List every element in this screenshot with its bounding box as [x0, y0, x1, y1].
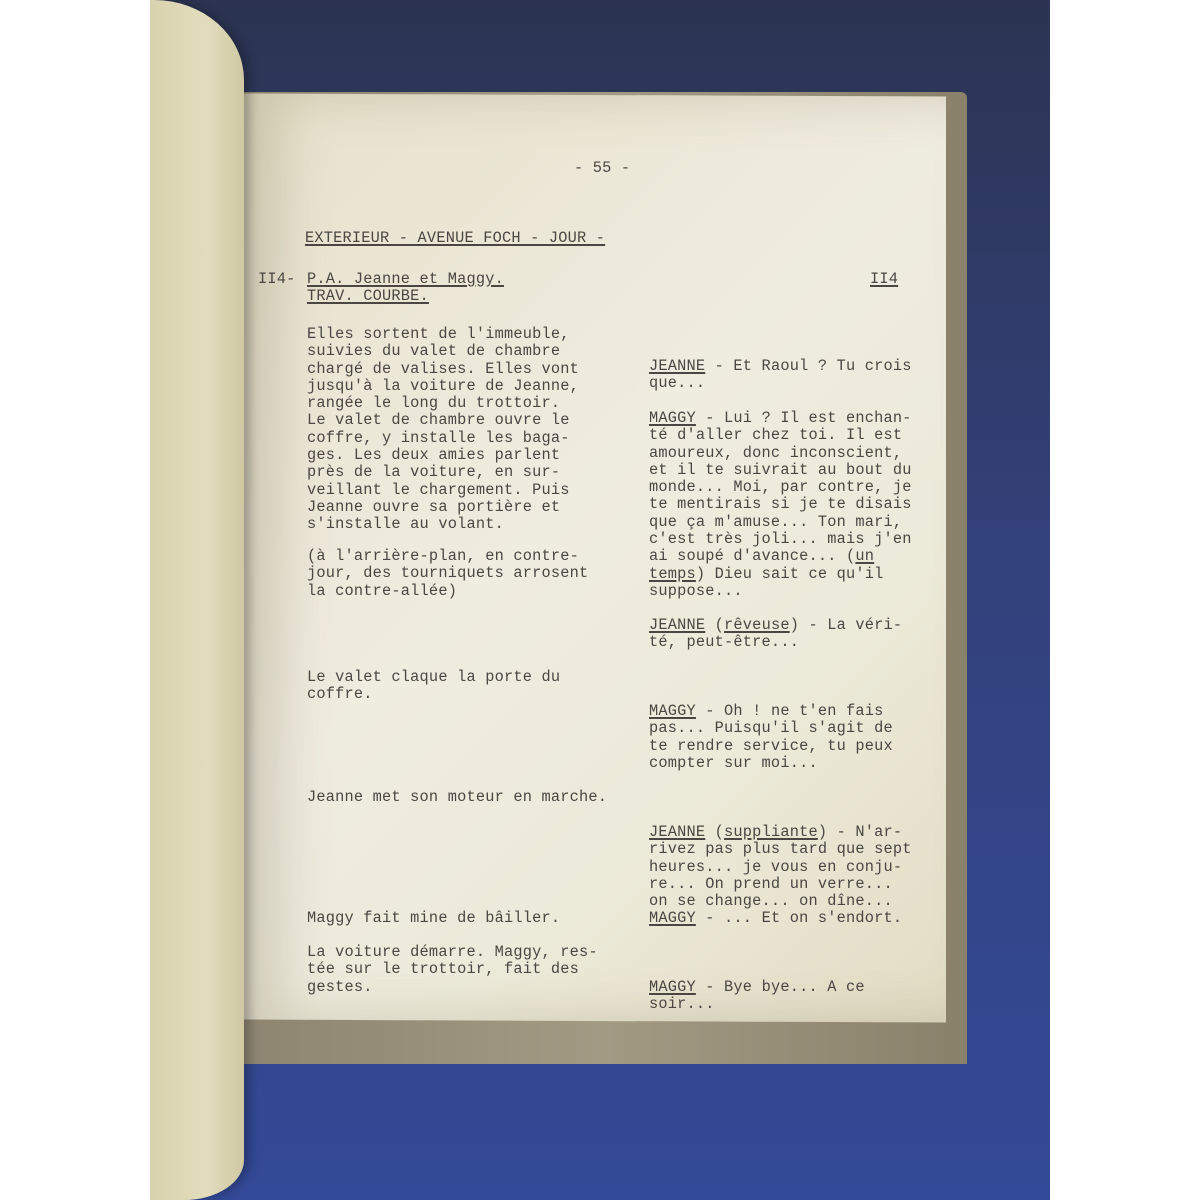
action-line: rangée le long du trottoir. [307, 395, 579, 412]
dialogue-first-line: MAGGY - ... Et on s'endort. [649, 910, 902, 927]
speaker-name: JEANNE [649, 357, 705, 375]
dialogue-line: que ça m'amuse... Ton mari, [649, 514, 912, 531]
action-block: Jeanne met son moteur en marche. [307, 789, 607, 806]
dialogue-maggy: MAGGY - Oh ! ne t'en faispas... Puisqu'i… [649, 703, 893, 772]
action-line: ges. Les deux amies parlent [307, 447, 579, 464]
dialogue-line: te rendre service, tu peux [649, 738, 893, 755]
dialogue-maggy: MAGGY - Lui ? Il est enchan-té d'aller c… [649, 410, 912, 600]
shot-number-right: II4 [870, 271, 898, 288]
dialogue-line: re... On prend un verre... [649, 876, 912, 893]
dialogue-line: et il te suivrait au bout du [649, 462, 912, 479]
dialogue-maggy: MAGGY - Bye bye... A cesoir... [649, 979, 865, 1014]
action-line: Le valet claque la porte du [307, 669, 560, 686]
dialogue-line: que... [649, 375, 912, 392]
dialogue-line: on se change... on dîne... [649, 893, 912, 910]
shot-description: P.A. Jeanne et Maggy. [307, 271, 504, 288]
action-line: gestes. [307, 979, 598, 996]
speaker-name: JEANNE [649, 616, 705, 634]
action-block: La voiture démarre. Maggy, res-tée sur l… [307, 944, 598, 996]
action-line: la contre-allée) [307, 583, 588, 600]
action-line: coffre. [307, 686, 560, 703]
action-line: suivies du valet de chambre [307, 343, 579, 360]
speaker-name: JEANNE [649, 823, 705, 841]
action-line: Jeanne met son moteur en marche. [307, 789, 607, 806]
action-block: Elles sortent de l'immeuble,suivies du v… [307, 326, 579, 534]
speaker-name: MAGGY [649, 409, 696, 427]
dialogue-first-line: JEANNE (suppliante) - N'ar- [649, 824, 912, 841]
dialogue-first-line: JEANNE - Et Raoul ? Tu crois [649, 358, 912, 375]
dialogue-first-line: JEANNE (rêveuse) - La véri- [649, 617, 902, 634]
action-line: Le valet de chambre ouvre le [307, 412, 579, 429]
dialogue-line: té, peut-être... [649, 634, 902, 651]
dialogue-line: amoureux, donc inconscient, [649, 445, 912, 462]
action-block: Le valet claque la porte ducoffre. [307, 669, 560, 704]
dialogue-line: monde... Moi, par contre, je [649, 479, 912, 496]
dialogue-line: heures... je vous en conju- [649, 859, 912, 876]
parenthetical: suppliante [724, 823, 818, 841]
action-line: tée sur le trottoir, fait des [307, 961, 598, 978]
dialogue-jeanne: JEANNE (suppliante) - N'ar-rivez pas plu… [649, 824, 912, 910]
dialogue-line: ai soupé d'avance... (un [649, 548, 912, 565]
action-block: (à l'arrière-plan, en contre-jour, des t… [307, 548, 588, 600]
dialogue-maggy: MAGGY - ... Et on s'endort. [649, 910, 902, 927]
action-line: jusqu'à la voiture de Jeanne, [307, 378, 579, 395]
action-line: chargé de valises. Elles vont [307, 361, 579, 378]
speaker-name: MAGGY [649, 978, 696, 996]
action-line: près de la voiture, en sur- [307, 464, 579, 481]
scene-heading: EXTERIEUR - AVENUE FOCH - JOUR - [305, 230, 605, 247]
dialogue-first-line: MAGGY - Bye bye... A ce [649, 979, 865, 996]
action-line: Jeanne ouvre sa portière et [307, 499, 579, 516]
dialogue-first-line: MAGGY - Lui ? Il est enchan- [649, 410, 912, 427]
dialogue-line: pas... Puisqu'il s'agit de [649, 720, 893, 737]
curled-left-page [150, 0, 244, 1200]
dialogue-line: te mentirais si je te disais [649, 496, 912, 513]
dialogue-line: soir... [649, 996, 865, 1013]
speaker-name: MAGGY [649, 909, 696, 927]
parenthetical: rêveuse [724, 616, 790, 634]
action-line: Maggy fait mine de bâiller. [307, 910, 560, 927]
action-line: coffre, y installe les baga- [307, 430, 579, 447]
page-number: - 55 - [574, 160, 630, 177]
action-line: La voiture démarre. Maggy, res- [307, 944, 598, 961]
shot-movement: TRAV. COURBE. [307, 288, 429, 305]
dialogue-line: c'est très joli... mais j'en [649, 531, 912, 548]
action-line: veillant le chargement. Puis [307, 482, 579, 499]
action-line: s'installe au volant. [307, 516, 579, 533]
action-line: jour, des tourniquets arrosent [307, 565, 588, 582]
dialogue-line: compter sur moi... [649, 755, 893, 772]
action-line: (à l'arrière-plan, en contre- [307, 548, 588, 565]
dialogue-line: suppose... [649, 583, 912, 600]
dialogue-jeanne: JEANNE - Et Raoul ? Tu croisque... [649, 358, 912, 393]
action-line: Elles sortent de l'immeuble, [307, 326, 579, 343]
dialogue-line: té d'aller chez toi. Il est [649, 427, 912, 444]
dialogue-jeanne: JEANNE (rêveuse) - La véri-té, peut-être… [649, 617, 902, 652]
action-block: Maggy fait mine de bâiller. [307, 910, 560, 927]
speaker-name: MAGGY [649, 702, 696, 720]
shot-number-left: II4- [258, 271, 296, 288]
dialogue-line: temps) Dieu sait ce qu'il [649, 566, 912, 583]
dialogue-line: rivez pas plus tard que sept [649, 841, 912, 858]
dialogue-first-line: MAGGY - Oh ! ne t'en fais [649, 703, 893, 720]
